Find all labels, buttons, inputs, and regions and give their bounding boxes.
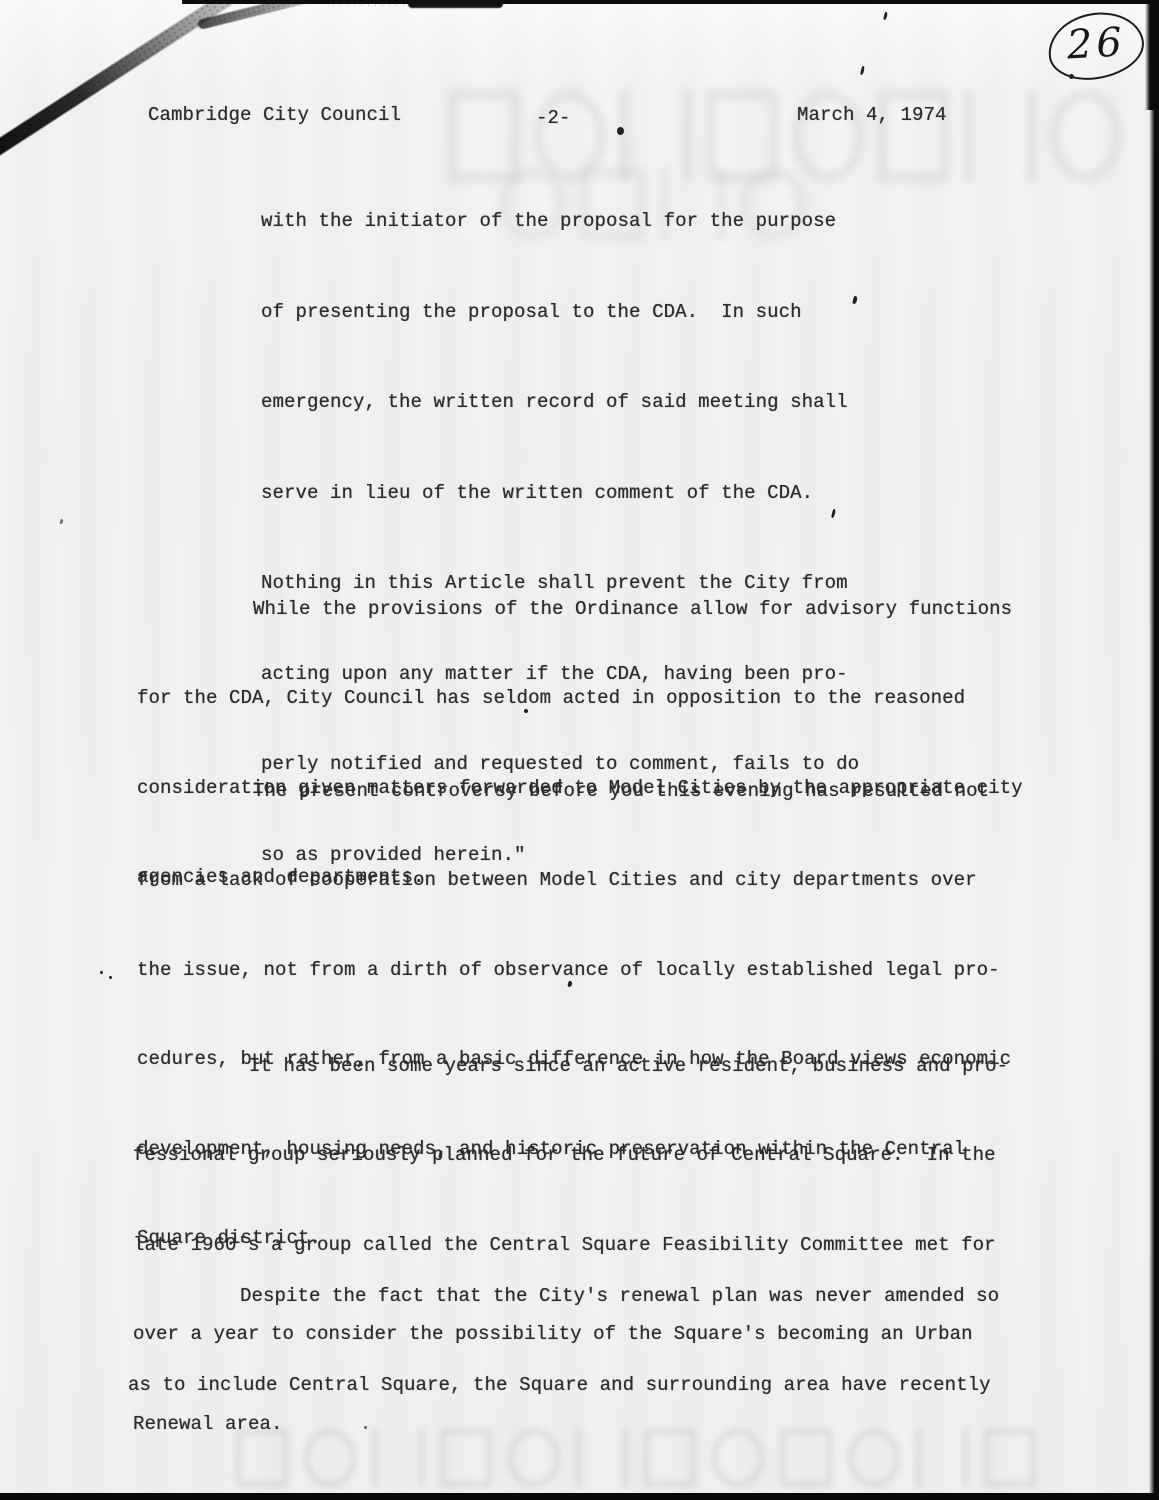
ink-speck	[1069, 74, 1074, 79]
scan-edge-band-right-top	[1145, 0, 1159, 110]
ink-speck	[883, 12, 888, 20]
ink-speck	[617, 127, 624, 135]
scan-edge-blob-top	[408, 0, 503, 8]
ink-speck	[59, 519, 63, 525]
ink-speck	[364, 1426, 367, 1429]
scan-edge-band-top	[182, 0, 1159, 4]
header-page-marker: -2-	[536, 107, 571, 129]
ghost-letterform	[964, 90, 1036, 182]
ink-speck	[860, 66, 865, 75]
handwritten-page-number-circle: 26	[1044, 7, 1147, 84]
typed-line: as to include Central Square, the Square…	[128, 1374, 999, 1419]
ink-speck	[109, 976, 112, 979]
ink-speck	[100, 971, 103, 974]
handwritten-page-number: 26	[1065, 19, 1126, 68]
typed-line: The present controversy before you this …	[137, 780, 1011, 825]
typed-line: serve in lieu of the written comment of …	[261, 482, 859, 529]
header-date: March 4, 1974	[797, 104, 947, 126]
typed-line: the issue, not from a dirth of observanc…	[137, 959, 1011, 1004]
paragraph: Despite the fact that the City's renewal…	[128, 1241, 999, 1464]
typed-line: While the provisions of the Ordinance al…	[137, 598, 1023, 643]
header-title: Cambridge City Council	[148, 104, 401, 126]
ink-speck	[524, 709, 528, 713]
typed-line: Despite the fact that the City's renewal…	[128, 1285, 999, 1330]
typed-line: fessional group seriously planned for th…	[133, 1144, 1008, 1189]
ghost-letterform	[1050, 90, 1122, 182]
typed-line: emergency, the written record of said me…	[261, 391, 859, 438]
scanned-document-page: 26 Cambridge City Council -2- March 4, 1…	[0, 0, 1159, 1500]
typed-line: for the CDA, City Council has seldom act…	[137, 687, 1023, 732]
scan-edge-band-right	[1149, 0, 1159, 1500]
typed-line: with the initiator of the proposal for t…	[261, 210, 859, 257]
typed-line: from a lack of cooperation between Model…	[137, 869, 1011, 914]
typed-line: It has been some years since an active r…	[133, 1055, 1008, 1100]
typed-line: of presenting the proposal to the CDA. I…	[261, 301, 859, 348]
